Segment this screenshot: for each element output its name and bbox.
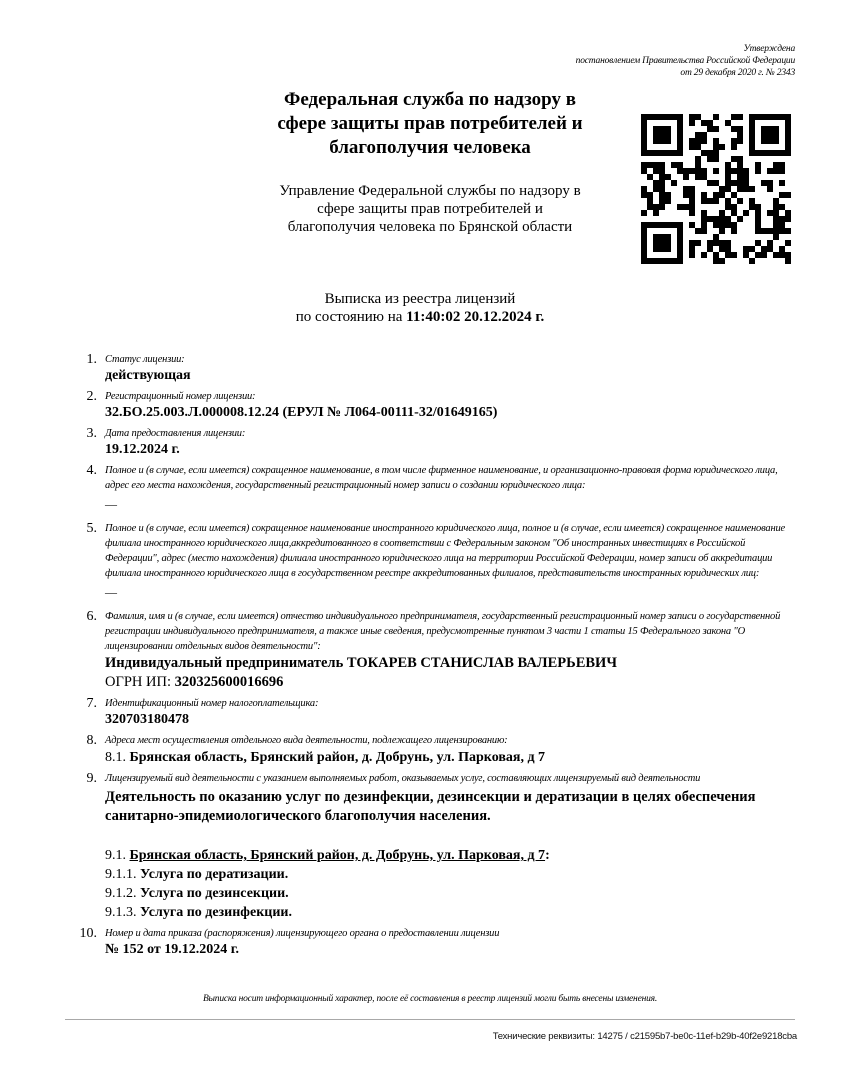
item-number: 3. bbox=[75, 427, 97, 441]
item-label: Дата предоставления лицензии: bbox=[105, 426, 795, 441]
item-number: 1. bbox=[75, 353, 97, 367]
license-status: действующая bbox=[105, 367, 795, 385]
service-text: Услуга по дератизации. bbox=[140, 867, 288, 882]
office-title: Управление Федеральной службы по надзору… bbox=[245, 182, 615, 236]
ogrn-value: 320325600016696 bbox=[175, 674, 284, 690]
address-8-1: 8.1. Брянская область, Брянский район, д… bbox=[105, 748, 795, 767]
item-order: 10. Номер и дата приказа (распоряжения) … bbox=[75, 926, 795, 959]
extract-title: Выписка из реестра лицензий по состоянию… bbox=[240, 290, 600, 326]
service-number: 9.1.3. bbox=[105, 905, 137, 920]
item-number: 10. bbox=[75, 927, 97, 941]
item-label: Фамилия, имя и (в случае, если имеется) … bbox=[105, 609, 795, 654]
address-value: Брянская область, Брянский район, д. Доб… bbox=[130, 750, 546, 765]
approval-line-2: постановлением Правительства Российской … bbox=[576, 55, 795, 67]
entrepreneur-name: Индивидуальный предприниматель ТОКАРЕВ С… bbox=[105, 654, 795, 673]
service-number: 9.1.1. bbox=[105, 867, 137, 882]
item-label: Лицензируемый вид деятельности с указани… bbox=[105, 771, 795, 786]
service-number: 9.1.2. bbox=[105, 886, 137, 901]
order-value: № 152 от 19.12.2024 г. bbox=[105, 941, 795, 959]
ogrn-label: ОГРН ИП: bbox=[105, 674, 171, 690]
service-item: 9.1.1. Услуга по дератизации. bbox=[105, 865, 795, 884]
item-issue-date: 3. Дата предоставления лицензии: 19.12.2… bbox=[75, 426, 795, 459]
item-entrepreneur: 6. Фамилия, имя и (в случае, если имеетс… bbox=[75, 609, 795, 692]
license-issue-date: 19.12.2024 г. bbox=[105, 441, 795, 459]
empty-value: — bbox=[105, 583, 795, 601]
item-number: 2. bbox=[75, 390, 97, 404]
service-text: Услуга по дезинфекции. bbox=[140, 905, 292, 920]
agency-line: сфере защиты прав потребителей и bbox=[250, 112, 610, 136]
item-label: Адреса мест осуществления отдельного вид… bbox=[105, 733, 795, 748]
ogrn-line: ОГРН ИП: 320325600016696 bbox=[105, 673, 795, 692]
item-inn: 7. Идентификационный номер налогоплатель… bbox=[75, 696, 795, 729]
item-number: 4. bbox=[75, 464, 97, 478]
sub-number: 8.1. bbox=[105, 750, 126, 765]
tech-label: Технические реквизиты: bbox=[493, 1031, 595, 1042]
activity-address-value: Брянская область, Брянский район, д. Доб… bbox=[130, 848, 546, 863]
item-label: Номер и дата приказа (распоряжения) лице… bbox=[105, 926, 795, 941]
item-addresses: 8. Адреса мест осуществления отдельного … bbox=[75, 733, 795, 767]
office-line: Управление Федеральной службы по надзору… bbox=[245, 182, 615, 200]
item-label: Статус лицензии: bbox=[105, 352, 795, 367]
approval-line-3: от 29 декабря 2020 г. № 2343 bbox=[576, 67, 795, 79]
extract-as-of: по состоянию на 11:40:02 20.12.2024 г. bbox=[240, 308, 600, 326]
agency-title: Федеральная служба по надзору в сфере за… bbox=[250, 88, 610, 160]
activity-address: 9.1. Брянская область, Брянский район, д… bbox=[105, 846, 795, 865]
license-reg-number: 32.БО.25.003.Л.000008.12.24 (ЕРУЛ № Л064… bbox=[105, 404, 795, 422]
item-label: Полное и (в случае, если имеется) сокращ… bbox=[105, 521, 795, 581]
agency-line: благополучия человека bbox=[250, 136, 610, 160]
item-label: Идентификационный номер налогоплательщик… bbox=[105, 696, 795, 711]
item-label: Полное и (в случае, если имеется) сокращ… bbox=[105, 463, 795, 493]
tech-value: 14275 / c21595b7-be0c-11ef-b29b-40f2e921… bbox=[597, 1031, 797, 1042]
as-of-prefix: по состоянию на bbox=[296, 309, 403, 325]
sub-number: 9.1. bbox=[105, 848, 126, 863]
item-activity: 9. Лицензируемый вид деятельности с указ… bbox=[75, 771, 795, 922]
item-number: 8. bbox=[75, 734, 97, 748]
office-line: сфере защиты прав потребителей и bbox=[245, 200, 615, 218]
empty-value: — bbox=[105, 495, 795, 513]
service-text: Услуга по дезинсекции. bbox=[140, 886, 289, 901]
inn-value: 320703180478 bbox=[105, 711, 795, 729]
technical-details: Технические реквизиты: 14275 / c21595b7-… bbox=[493, 1031, 797, 1043]
item-number: 5. bbox=[75, 522, 97, 536]
item-number: 6. bbox=[75, 610, 97, 624]
agency-line: Федеральная служба по надзору в bbox=[250, 88, 610, 112]
service-item: 9.1.3. Услуга по дезинфекции. bbox=[105, 903, 795, 922]
extract-heading: Выписка из реестра лицензий bbox=[240, 290, 600, 308]
item-label: Регистрационный номер лицензии: bbox=[105, 389, 795, 404]
qr-code-icon bbox=[641, 114, 791, 264]
item-reg-number: 2. Регистрационный номер лицензии: 32.БО… bbox=[75, 389, 795, 422]
item-legal-entity: 4. Полное и (в случае, если имеется) сок… bbox=[75, 463, 795, 513]
approval-note: Утверждена постановлением Правительства … bbox=[576, 43, 795, 79]
activity-description: Деятельность по оказанию услуг по дезинф… bbox=[105, 788, 795, 826]
service-item: 9.1.2. Услуга по дезинсекции. bbox=[105, 884, 795, 903]
office-line: благополучия человека по Брянской област… bbox=[245, 218, 615, 236]
as-of-value: 11:40:02 20.12.2024 г. bbox=[406, 309, 544, 325]
item-foreign-entity: 5. Полное и (в случае, если имеется) сок… bbox=[75, 521, 795, 601]
disclaimer-note: Выписка носит информационный характер, п… bbox=[60, 993, 800, 1005]
item-number: 7. bbox=[75, 697, 97, 711]
footer-divider bbox=[65, 1019, 795, 1020]
item-status: 1. Статус лицензии: действующая bbox=[75, 352, 795, 385]
approval-line-1: Утверждена bbox=[576, 43, 795, 55]
item-number: 9. bbox=[75, 772, 97, 786]
license-items: 1. Статус лицензии: действующая 2. Регис… bbox=[75, 352, 795, 959]
